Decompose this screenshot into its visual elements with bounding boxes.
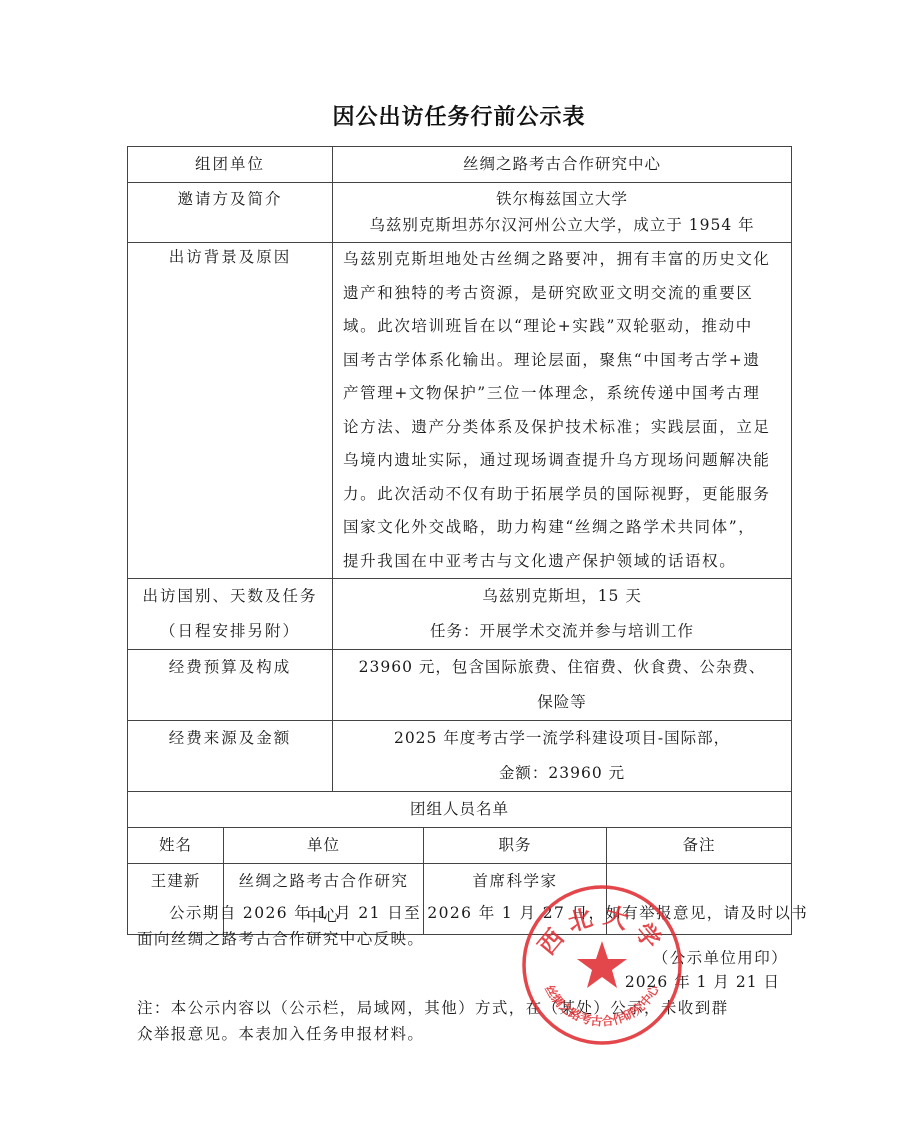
member-unit-line: 丝绸之路考古合作研究 [224,864,423,899]
value-funding: 2025 年度考古学一流学科建设项目-国际部， 金额：23960 元 [333,721,792,792]
background-line: 国家文化外交战略，助力构建“丝绸之路学术共同体”， [343,511,783,545]
background-line: 论方法、遗产分类体系及保护技术标准；实践层面，立足 [343,411,783,445]
value-inviter: 铁尔梅兹国立大学 乌兹别克斯坦苏尔汉河州公立大学，成立于 1954 年 [333,183,792,243]
value-budget: 23960 元，包含国际旅费、住宿费、伙食费、公杂费、 保险等 [333,650,792,721]
value-destination: 乌兹别克斯坦，15 天 任务：开展学术交流并参与培训工作 [333,579,792,650]
background-line: 提升我国在中亚考古与文化遗产保护领域的话语权。 [343,545,783,579]
col-header-name: 姓名 [128,828,224,864]
background-line: 域。此次培训班旨在以“理论+实践”双轮驱动，推动中 [343,310,783,344]
seal-label: （公示单位用印） [653,946,788,970]
inviter-intro: 乌兹别克斯坦苏尔汉河州公立大学，成立于 1954 年 [333,212,791,238]
background-line: 产管理+文物保护”三位一体理念，系统传递中国考古理 [343,377,783,411]
row-inviter: 邀请方及简介 铁尔梅兹国立大学 乌兹别克斯坦苏尔汉河州公立大学，成立于 1954… [128,183,792,243]
label-destination: 出访国别、天数及任务 （日程安排另附） [128,579,333,650]
destination-label: 出访国别、天数及任务 [128,579,332,614]
background-line: 国考古学体系化输出。理论层面，聚焦“中国考古学+遗 [343,344,783,378]
notice-note: 注：本公示内容以（公示栏，局域网，其他）方式，在（某处）公示，未收到群 众举报意… [137,995,787,1047]
row-unit: 组团单位 丝绸之路考古合作研究中心 [128,147,792,183]
notice-note-line1: 注：本公示内容以（公示栏，局域网，其他）方式，在（某处）公示，未收到群 [137,995,787,1021]
notice-period: 公示期自 2026 年 1 月 21 日至 2026 年 1 月 27 日，如有… [137,900,787,952]
value-unit: 丝绸之路考古合作研究中心 [333,147,792,183]
value-background: 乌兹别克斯坦地处古丝绸之路要冲，拥有丰富的历史文化 遗产和独特的考古资源，是研究… [333,243,792,579]
background-line: 乌兹别克斯坦地处古丝绸之路要冲，拥有丰富的历史文化 [343,243,783,277]
col-header-remark: 备注 [607,828,792,864]
row-background: 出访背景及原因 乌兹别克斯坦地处古丝绸之路要冲，拥有丰富的历史文化 遗产和独特的… [128,243,792,579]
label-funding: 经费来源及金额 [128,721,333,792]
row-budget: 经费预算及构成 23960 元，包含国际旅费、住宿费、伙食费、公杂费、 保险等 [128,650,792,721]
row-funding: 经费来源及金额 2025 年度考古学一流学科建设项目-国际部， 金额：23960… [128,721,792,792]
row-destination: 出访国别、天数及任务 （日程安排另附） 乌兹别克斯坦，15 天 任务：开展学术交… [128,579,792,650]
background-line: 遗产和独特的考古资源，是研究欧亚文明交流的重要区 [343,277,783,311]
members-section-title: 团组人员名单 [128,792,792,828]
page-title: 因公出访任务行前公示表 [0,100,918,131]
notice-period-line1: 公示期自 2026 年 1 月 21 日至 2026 年 1 月 27 日，如有… [137,900,787,926]
background-line: 力。此次活动不仅有助于拓展学员的国际视野，更能服务 [343,478,783,512]
funding-amount: 金额：23960 元 [333,756,791,791]
destination-task: 任务：开展学术交流并参与培训工作 [333,614,791,649]
label-budget: 经费预算及构成 [128,650,333,721]
destination-country-days: 乌兹别克斯坦，15 天 [333,579,791,614]
budget-line: 23960 元，包含国际旅费、住宿费、伙食费、公杂费、 [333,650,791,685]
background-line: 乌境内遗址实际，通过现场调查提升乌方现场问题解决能 [343,444,783,478]
notice-note-line2: 众举报意见。本表加入任务申报材料。 [137,1021,787,1047]
label-unit: 组团单位 [128,147,333,183]
label-background: 出访背景及原因 [128,243,333,579]
inviter-name: 铁尔梅兹国立大学 [333,186,791,212]
label-inviter: 邀请方及简介 [128,183,333,243]
col-header-unit: 单位 [224,828,424,864]
announcement-table: 组团单位 丝绸之路考古合作研究中心 邀请方及简介 铁尔梅兹国立大学 乌兹别克斯坦… [127,146,792,935]
col-header-position: 职务 [424,828,607,864]
destination-label-note: （日程安排另附） [128,614,332,649]
members-header-row: 姓名 单位 职务 备注 [128,828,792,864]
notice-date: 2026 年 1 月 21 日 [625,970,780,994]
funding-source: 2025 年度考古学一流学科建设项目-国际部， [333,721,791,756]
budget-line: 保险等 [333,685,791,720]
row-members-title: 团组人员名单 [128,792,792,828]
